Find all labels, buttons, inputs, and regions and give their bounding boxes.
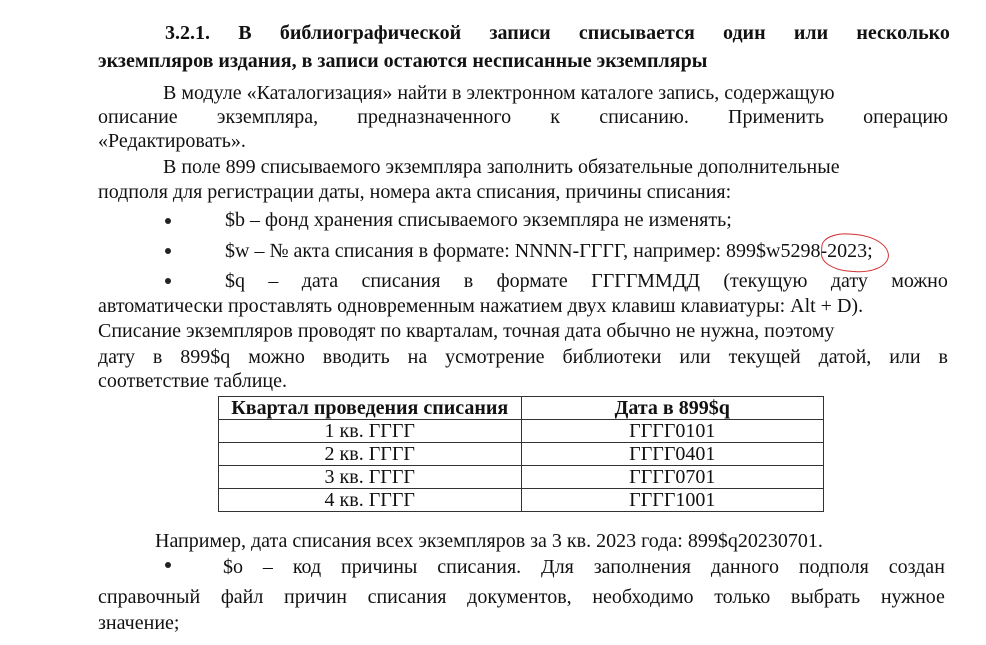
bullet-icon (165, 218, 171, 224)
bullet-icon (165, 562, 171, 568)
bullet-icon (165, 278, 171, 284)
section-title-line2: экземпляров издания, в записи остаются н… (98, 50, 707, 72)
quarter-date-table: Квартал проведения списания Дата в 899$q… (218, 396, 824, 512)
paragraph-1-line1: В модуле «Каталогизация» найти в электро… (163, 82, 948, 104)
section-title-line1: 3.2.1. Вбиблиографическойзаписисписывает… (165, 22, 950, 44)
table-header: Квартал проведения списания (219, 397, 522, 420)
bullet-o-line1: $o–кодпричинысписания.Длязаполненияданно… (223, 556, 945, 578)
table-cell: 1 кв. ГГГГ (219, 420, 522, 443)
bullet-q-line5: соответствие таблице. (98, 370, 287, 392)
paragraph-1-line3: «Редактировать». (98, 130, 246, 152)
paragraph-2-line2: подполя для регистрации даты, номера акт… (98, 181, 731, 203)
table-row: 2 кв. ГГГГГГГГ0401 (219, 443, 824, 466)
table-header: Дата в 899$q (521, 397, 824, 420)
table-row: 3 кв. ГГГГГГГГ0701 (219, 466, 824, 489)
bullet-icon (165, 248, 171, 254)
bullet-w: $w – № акта списания в формате: NNNN-ГГГ… (225, 240, 873, 262)
red-circle-annotation (820, 232, 890, 275)
paragraph-2-line1: В поле 899 списываемого экземпляра запол… (163, 156, 840, 178)
bullet-o-line3: значение; (98, 612, 179, 634)
table-cell: ГГГГ0401 (521, 443, 824, 466)
paragraph-1-line2: описаниеэкземпляра,предназначенногокспис… (98, 106, 948, 128)
table-cell: 3 кв. ГГГГ (219, 466, 522, 489)
bullet-q-line4: датув899$qможновводитьнаусмотрениебиблио… (98, 346, 948, 368)
bullet-q-line3: Списание экземпляров проводят по квартал… (98, 320, 834, 342)
table-cell: ГГГГ0701 (521, 466, 824, 489)
bullet-o-line2: справочныйфайлпричинсписаниядокументов,н… (98, 586, 945, 608)
table-cell: 4 кв. ГГГГ (219, 489, 522, 512)
example-text: Например, дата списания всех экземпляров… (155, 530, 823, 552)
bullet-b: $b – фонд хранения списываемого экземпля… (225, 209, 732, 231)
table-row: 4 кв. ГГГГГГГГ1001 (219, 489, 824, 512)
section-number: 3.2.1. (165, 22, 210, 44)
bullet-q-line2: автоматически проставлять одновременным … (98, 295, 863, 317)
table-cell: 2 кв. ГГГГ (219, 443, 522, 466)
table-row: 1 кв. ГГГГГГГГ0101 (219, 420, 824, 443)
table-cell: ГГГГ1001 (521, 489, 824, 512)
bullet-q-line1: $q–датасписаниявформатеГГГГММДД(текущуюд… (225, 270, 948, 292)
highlighted-year: 2023 (827, 240, 867, 262)
table-cell: ГГГГ0101 (521, 420, 824, 443)
